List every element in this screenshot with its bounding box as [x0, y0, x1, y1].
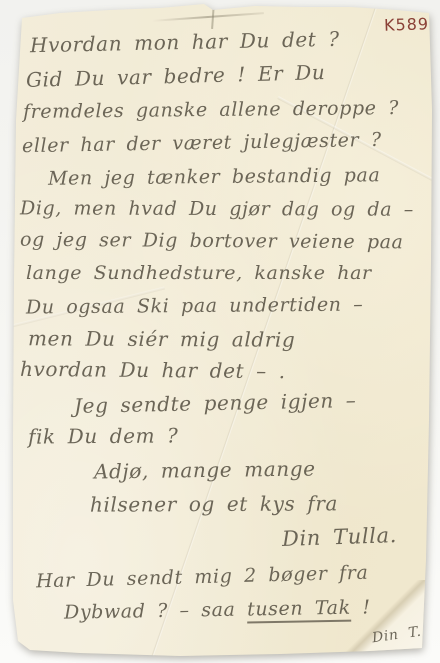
letter-line: Du ogsaa Ski paa undertiden – — [26, 294, 364, 319]
letter-line: Adjø, mange mange — [94, 456, 316, 483]
letter-paper: K589 Hvordan mon har Du det ? Gid Du var… — [0, 0, 440, 663]
letter-line: fik Du dem ? — [28, 423, 179, 448]
letter-line: hvordan Du har det – . — [20, 357, 286, 383]
letter-line: og jeg ser Dig bortover veiene paa — [20, 229, 404, 254]
pencil-mark — [152, 12, 264, 22]
letter-line: men Du siér mig aldrig — [28, 326, 295, 351]
underlined-phrase: tusen Tak — [247, 597, 351, 624]
letter-line: Gid Du var bedre ! Er Du — [26, 60, 326, 92]
postscript-line: Har Du sendt mig 2 bøger fra — [36, 562, 369, 593]
scan-background: K589 Hvordan mon har Du det ? Gid Du var… — [0, 0, 440, 663]
letter-line: lange Sundhedsture, kanske har — [26, 262, 372, 284]
letter-line: hilsener og et kys fra — [90, 491, 338, 516]
letter-line: fremdeles ganske allene deroppe ? — [23, 97, 399, 123]
letter-line: eller har der været julegjæster ? — [22, 129, 382, 157]
letter-line: Hvordan mon har Du det ? — [30, 27, 340, 57]
letter-paper-wrapper: K589 Hvordan mon har Du det ? Gid Du var… — [0, 0, 440, 663]
catalog-number: K589 — [384, 14, 430, 35]
letter-line: Dig, men hvad Du gjør dag og da – — [20, 197, 414, 220]
signature: Din Tulla. — [282, 523, 398, 551]
letter-line: Jeg sendte penge igjen – — [74, 388, 357, 418]
postscript-line: Dybwad ? – saa tusen Tak ! — [64, 596, 371, 623]
postscript-text: Dybwad ? – saa — [64, 598, 247, 623]
letter-line: Men jeg tænker bestandig paa — [48, 164, 381, 189]
postscript-text: ! — [351, 596, 371, 618]
